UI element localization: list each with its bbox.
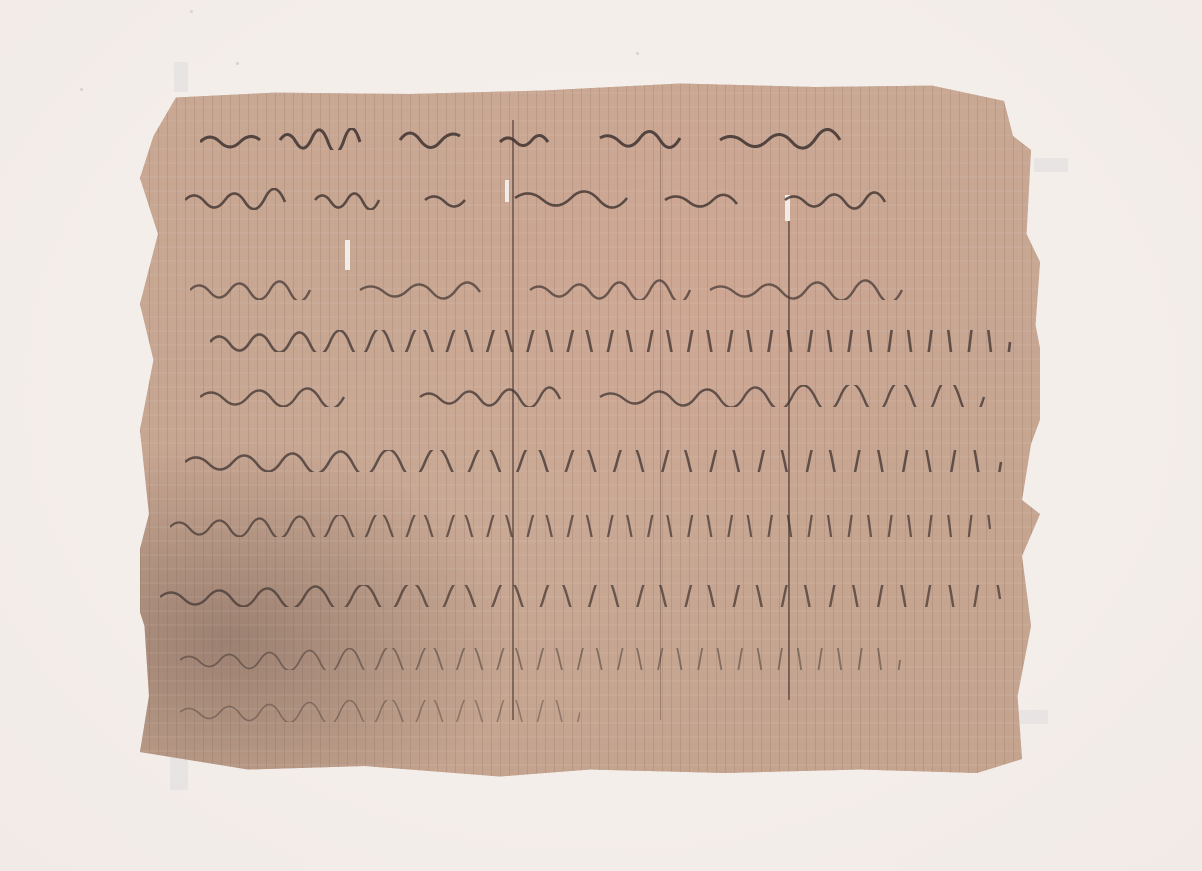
dust-speck [80,88,83,91]
mounting-tape [170,756,188,790]
mounting-tape [174,62,188,92]
fiber-crack [660,140,661,720]
fiber-crack [512,120,514,720]
script-line-2 [185,188,995,210]
script-line-6 [185,450,1025,472]
script-line-10 [180,700,580,722]
script-line-3 [190,278,1010,300]
mounting-tape [1034,158,1068,172]
script-line-4 [210,330,1020,352]
papyrus-hole [345,240,350,270]
script-line-1 [200,128,1000,150]
dust-speck [236,62,239,65]
dust-speck [636,52,639,55]
script-line-9 [180,648,920,670]
script-line-7 [170,515,1000,537]
script-line-5 [200,385,1030,407]
dust-speck [190,10,193,13]
papyrus-fragment [140,80,1040,780]
script-line-8 [160,585,1010,607]
